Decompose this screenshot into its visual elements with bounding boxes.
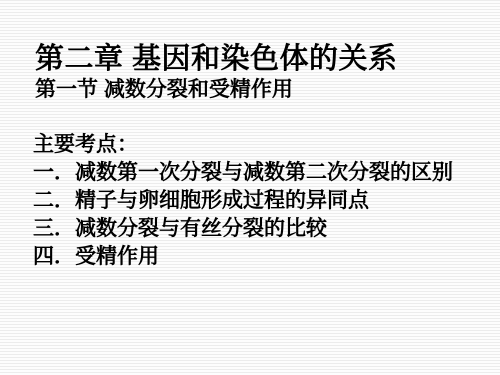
slide-subtitle: 第一节 减数分裂和受精作用 bbox=[35, 77, 293, 102]
key-point-item-3: 三．减数分裂与有丝分裂的比较 bbox=[33, 215, 453, 243]
key-points-heading: 主要考点： bbox=[33, 131, 453, 159]
key-point-item-2: 二．精子与卵细胞形成过程的异同点 bbox=[33, 187, 453, 215]
key-points-block: 主要考点： 一．减数第一次分裂与减数第二次分裂的区别 二．精子与卵细胞形成过程的… bbox=[33, 131, 453, 271]
key-point-item-1: 一．减数第一次分裂与减数第二次分裂的区别 bbox=[33, 159, 453, 187]
presentation-slide: 第二章 基因和染色体的关系 第一节 减数分裂和受精作用 主要考点： 一．减数第一… bbox=[0, 0, 500, 375]
key-point-item-4: 四．受精作用 bbox=[33, 243, 453, 271]
slide-title: 第二章 基因和染色体的关系 bbox=[35, 42, 398, 77]
